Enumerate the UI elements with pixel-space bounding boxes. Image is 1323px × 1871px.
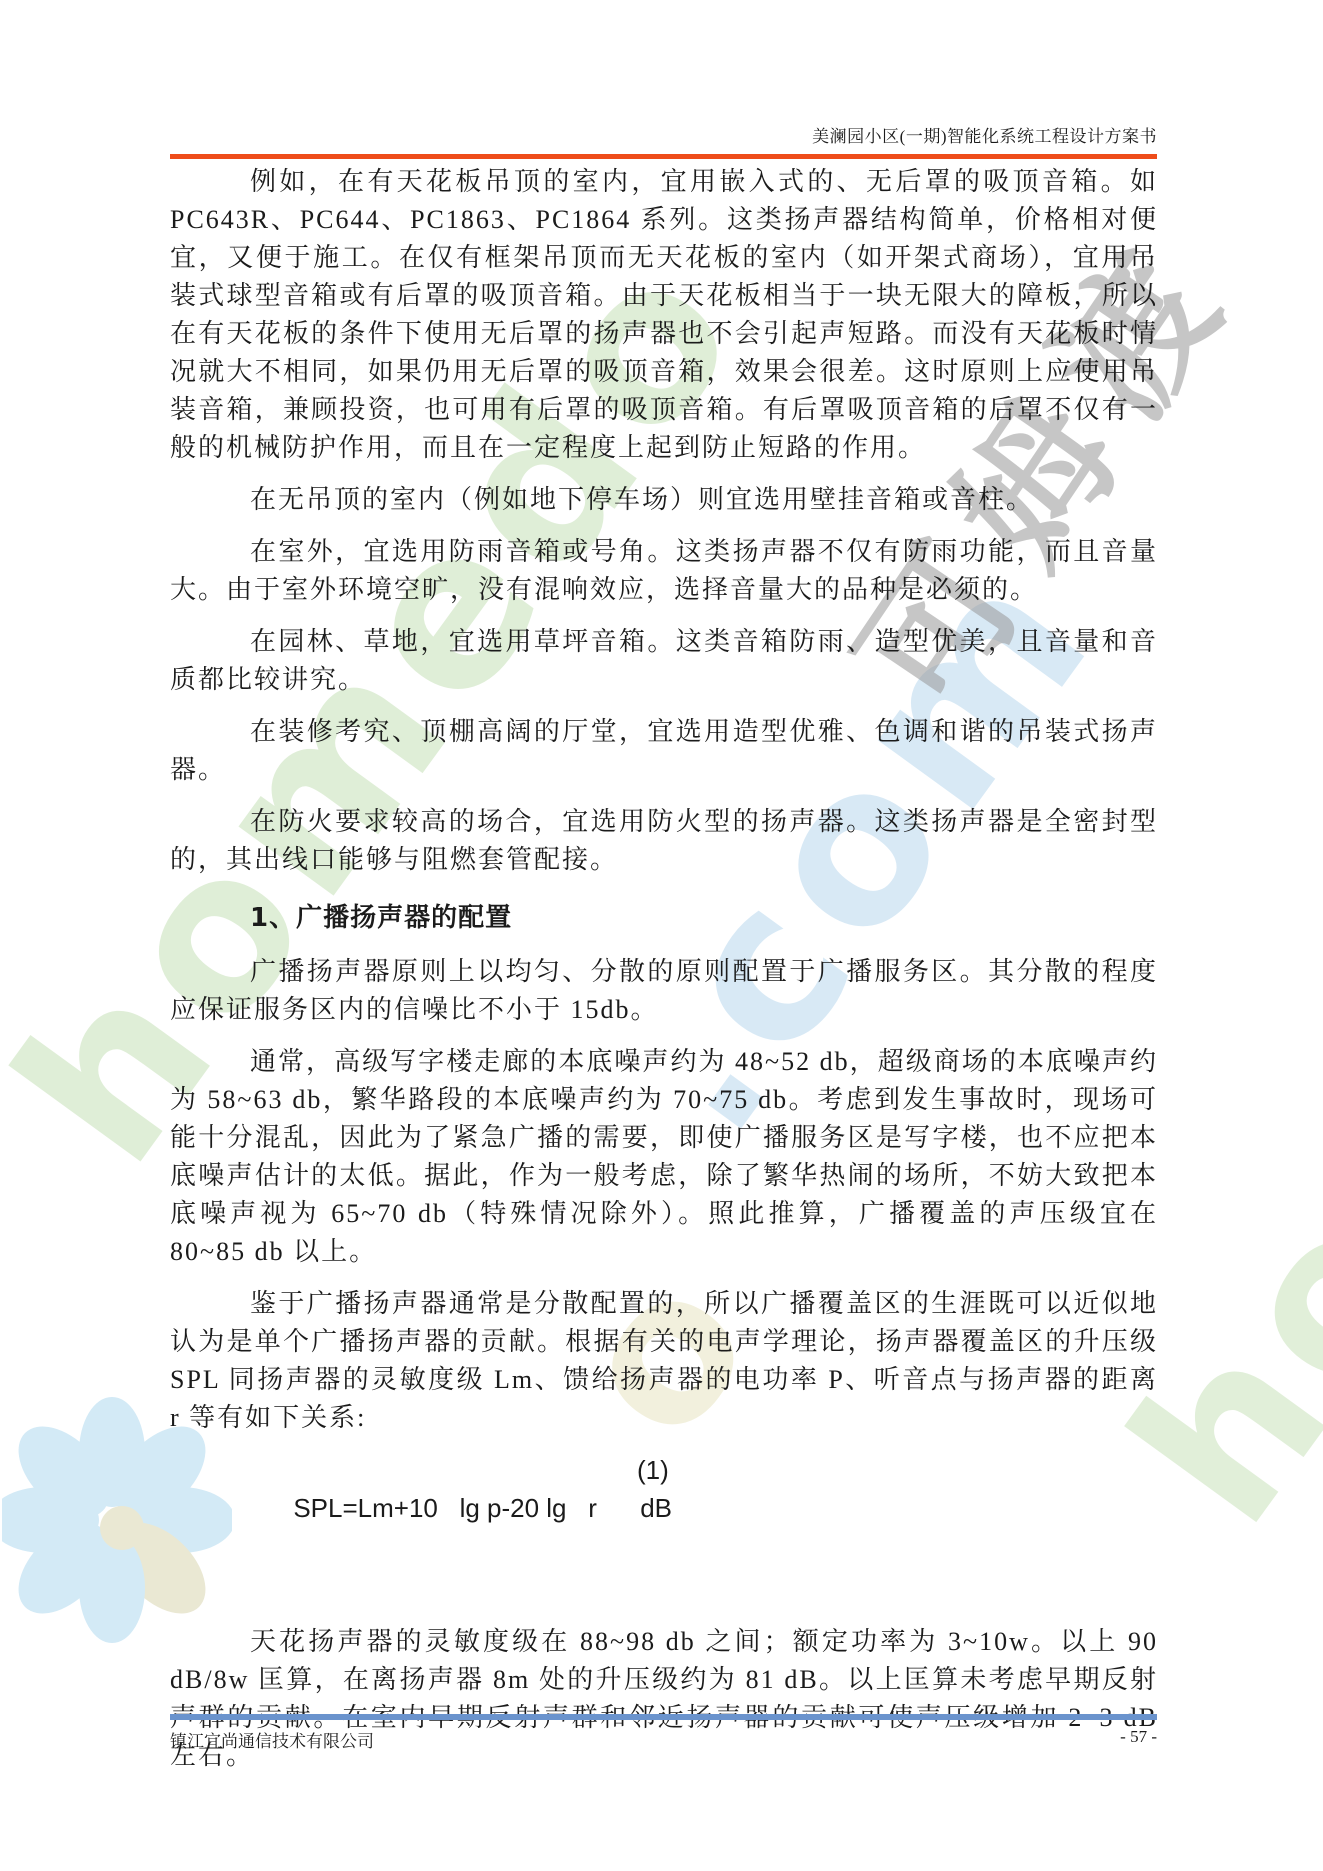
body-paragraph: 鉴于广播扬声器通常是分散配置的，所以广播覆盖区的生涯既可以近似地认为是单个广播扬… [170,1285,1158,1437]
body-paragraph: 在无吊顶的室内（例如地下停车场）则宜选用壁挂音箱或音柱。 [170,481,1158,519]
document-body: 例如，在有天花板吊顶的室内，宜用嵌入式的、无后罩的吸顶音箱。如 PC643R、P… [170,163,1158,1789]
footer-rule-divider [170,1714,1157,1720]
body-paragraph: 在园林、草地，宜选用草坪音箱。这类音箱防雨、造型优美，且音量和音质都比较讲究。 [170,623,1158,699]
page-footer: 镇江宜尚通信技术有限公司 - 57 - [170,1714,1157,1752]
body-paragraph: 例如，在有天花板吊顶的室内，宜用嵌入式的、无后罩的吸顶音箱。如 PC643R、P… [170,163,1158,467]
section-heading: 1、广播扬声器的配置 [170,899,1158,937]
body-paragraph: 天花扬声器的灵敏度级在 88~98 db 之间；额定功率为 3~10w。以上 9… [170,1623,1158,1775]
formula-line: SPL=Lm+10 lg p-20 lg r dB (1) [170,1451,1158,1603]
document-page: homedo .com 可姆渡 ho o 美澜园小区(一期)智能化系统工程设计方… [0,0,1323,1871]
formula-expression: SPL=Lm+10 lg p-20 lg r dB [293,1493,672,1523]
body-paragraph: 在防火要求较高的场合，宜选用防火型的扬声器。这类扬声器是全密封型的，其出线口能够… [170,803,1158,879]
body-paragraph: 在室外，宜选用防雨音箱或号角。这类扬声器不仅有防雨功能，而且音量大。由于室外环境… [170,533,1158,609]
body-paragraph: 在装修考究、顶棚高阔的厅堂，宜选用造型优雅、色调和谐的吊装式扬声器。 [170,713,1158,789]
page-header: 美澜园小区(一期)智能化系统工程设计方案书 [170,122,1157,159]
body-paragraph: 广播扬声器原则上以均匀、分散的原则配置于广播服务区。其分散的程度应保证服务区内的… [170,953,1158,1029]
footer-page-number: - 57 - [1120,1727,1157,1752]
footer-company: 镇江宜尚通信技术有限公司 [170,1727,374,1752]
body-paragraph: 通常，高级写字楼走廊的本底噪声约为 48~52 db，超级商场的本底噪声约为 5… [170,1043,1158,1271]
header-rule-divider [170,154,1157,159]
formula-number: (1) [637,1451,669,1489]
header-title: 美澜园小区(一期)智能化系统工程设计方案书 [170,122,1157,147]
